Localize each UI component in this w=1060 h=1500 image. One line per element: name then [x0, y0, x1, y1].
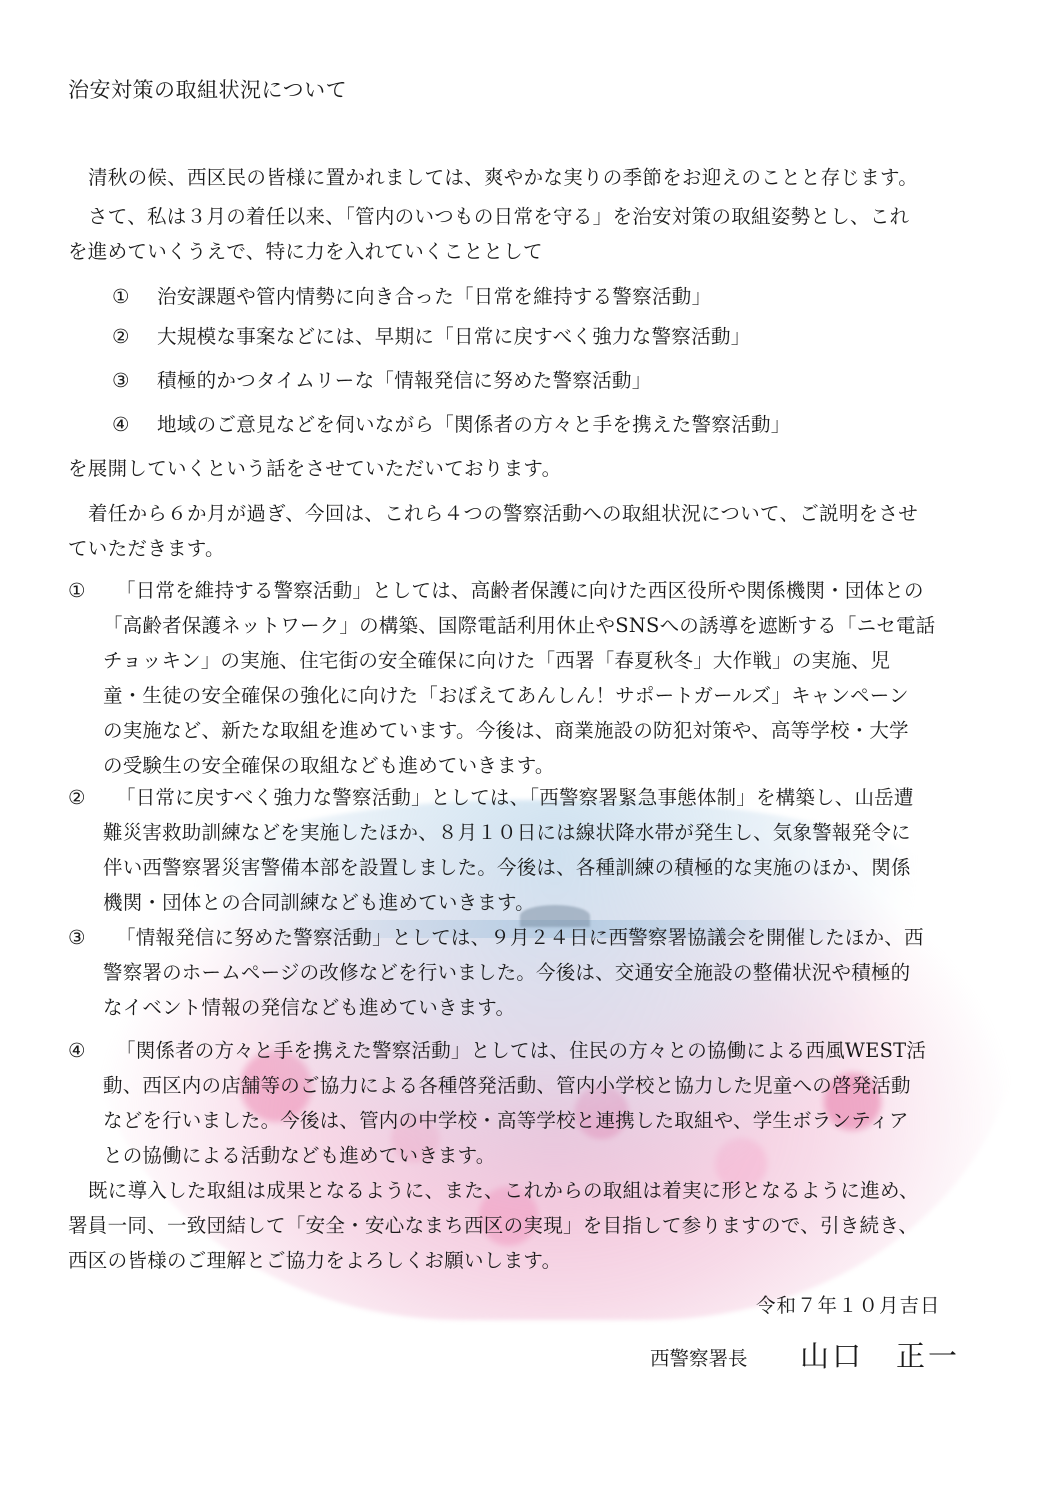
principle-item-1: ①治安課題や管内情勢に向き合った「日常を維持する警察活動」 [112, 282, 711, 312]
section-line: 伴い西警察署災害警備本部を設置しました。今後は、各種訓練の積極的な実施のほか、関… [103, 850, 1003, 885]
section-4: ④ 「関係者の方々と手を携えた警察活動」としては、住民の方々との協働による西風W… [68, 1033, 1003, 1173]
principle-text: 積極的かつタイムリーな「情報発信に努めた警察活動」 [157, 369, 652, 392]
circled-number: ① [68, 573, 86, 608]
circled-number: ④ [112, 410, 157, 440]
section-line: 「高齢者保護ネットワーク」の構築、国際電話利用休止やSNSへの誘導を遮断する「ニ… [103, 608, 1003, 643]
section-line: 童・生徒の安全確保の強化に向けた「おぼえてあんしん！サポートガールズ」キャンペー… [103, 678, 1003, 713]
principle-text: 大規模な事案などには、早期に「日常に戻すべく強力な警察活動」 [157, 325, 751, 348]
greeting-paragraph: 清秋の候、西区民の皆様に置かれましては、爽やかな実りの季節をお迎えのことと存じま… [88, 160, 1018, 195]
section-line: 機関・団体との合同訓練なども進めていきます。 [103, 885, 1003, 920]
document-title: 治安対策の取組状況について [68, 74, 347, 104]
circled-number: ① [112, 282, 157, 312]
intro-line-1: さて、私は３月の着任以来、「管内のいつもの日常を守る」を治安対策の取組姿勢とし、… [88, 199, 1018, 234]
section-line: の実施など、新たな取組を進めています。今後は、商業施設の防犯対策や、高等学校・大… [103, 713, 1003, 748]
after-list-text: を展開していくという話をさせていただいております。 [68, 451, 998, 486]
circled-number: ③ [68, 920, 86, 955]
document-date: 令和７年１０月吉日 [756, 1290, 941, 1318]
section-line: との協働による活動なども進めていきます。 [103, 1138, 1003, 1173]
section-2: ② 「日常に戻すべく強力な警察活動」としては、「西警察署緊急事態体制」を構築し、… [68, 780, 1003, 920]
section-line: 「関係者の方々と手を携えた警察活動」としては、住民の方々との協働による西風WES… [116, 1033, 1003, 1068]
section-line: 「情報発信に努めた警察活動」としては、９月２４日に西警察署協議会を開催したほか、… [116, 920, 1003, 955]
section-1: ① 「日常を維持する警察活動」としては、高齢者保護に向けた西区役所や関係機関・団… [68, 573, 1003, 783]
signature-title: 西警察署長 [650, 1343, 748, 1371]
closing-line-1: 既に導入した取組は成果となるように、また、これからの取組は着実に形となるように進… [88, 1173, 1018, 1208]
section-line: 動、西区内の店舗等のご協力による各種啓発活動、管内小学校と協力した児童への啓発活… [103, 1068, 1003, 1103]
circled-number: ④ [68, 1033, 86, 1068]
section-line: の受験生の安全確保の取組なども進めていきます。 [103, 748, 1003, 783]
principle-item-3: ③積極的かつタイムリーな「情報発信に努めた警察活動」 [112, 366, 652, 396]
section-line: 「日常に戻すべく強力な警察活動」としては、「西警察署緊急事態体制」を構築し、山岳… [116, 780, 1003, 815]
status-intro-line-2: ていただきます。 [68, 531, 998, 566]
principle-text: 地域のご意見などを伺いながら「関係者の方々と手を携えた警察活動」 [157, 413, 791, 436]
principle-item-2: ②大規模な事案などには、早期に「日常に戻すべく強力な警察活動」 [112, 322, 751, 352]
signature-name: 山口 正一 [800, 1334, 960, 1375]
section-line: 「日常を維持する警察活動」としては、高齢者保護に向けた西区役所や関係機関・団体と… [116, 573, 1003, 608]
document-page: 治安対策の取組状況について 清秋の候、西区民の皆様に置かれましては、爽やかな実り… [0, 0, 1060, 1500]
closing-line-2: 署員一同、一致団結して「安全・安心なまち西区の実現」を目指して参りますので、引き… [68, 1208, 998, 1243]
section-3: ③ 「情報発信に努めた警察活動」としては、９月２４日に西警察署協議会を開催したほ… [68, 920, 1003, 1025]
closing-line-3: 西区の皆様のご理解とご協力をよろしくお願いします。 [68, 1243, 998, 1278]
principle-item-4: ④地域のご意見などを伺いながら「関係者の方々と手を携えた警察活動」 [112, 410, 791, 440]
section-line: 難災害救助訓練などを実施したほか、８月１０日には線状降水帯が発生し、気象警報発令… [103, 815, 1003, 850]
circled-number: ② [68, 780, 86, 815]
section-line: なイベント情報の発信なども進めていきます。 [103, 990, 1003, 1025]
circled-number: ② [112, 322, 157, 352]
principle-text: 治安課題や管内情勢に向き合った「日常を維持する警察活動」 [157, 285, 711, 308]
section-line: チョッキン」の実施、住宅街の安全確保に向けた「西署「春夏秋冬」大作戦」の実施、児 [103, 643, 1003, 678]
intro-line-2: を進めていくうえで、特に力を入れていくこととして [68, 234, 998, 269]
section-line: 警察署のホームページの改修などを行いました。今後は、交通安全施設の整備状況や積極… [103, 955, 1003, 990]
status-intro-line-1: 着任から６か月が過ぎ、今回は、これら４つの警察活動への取組状況について、ご説明を… [88, 496, 1018, 531]
section-line: などを行いました。今後は、管内の中学校・高等学校と連携した取組や、学生ボランティ… [103, 1103, 1003, 1138]
circled-number: ③ [112, 366, 157, 396]
